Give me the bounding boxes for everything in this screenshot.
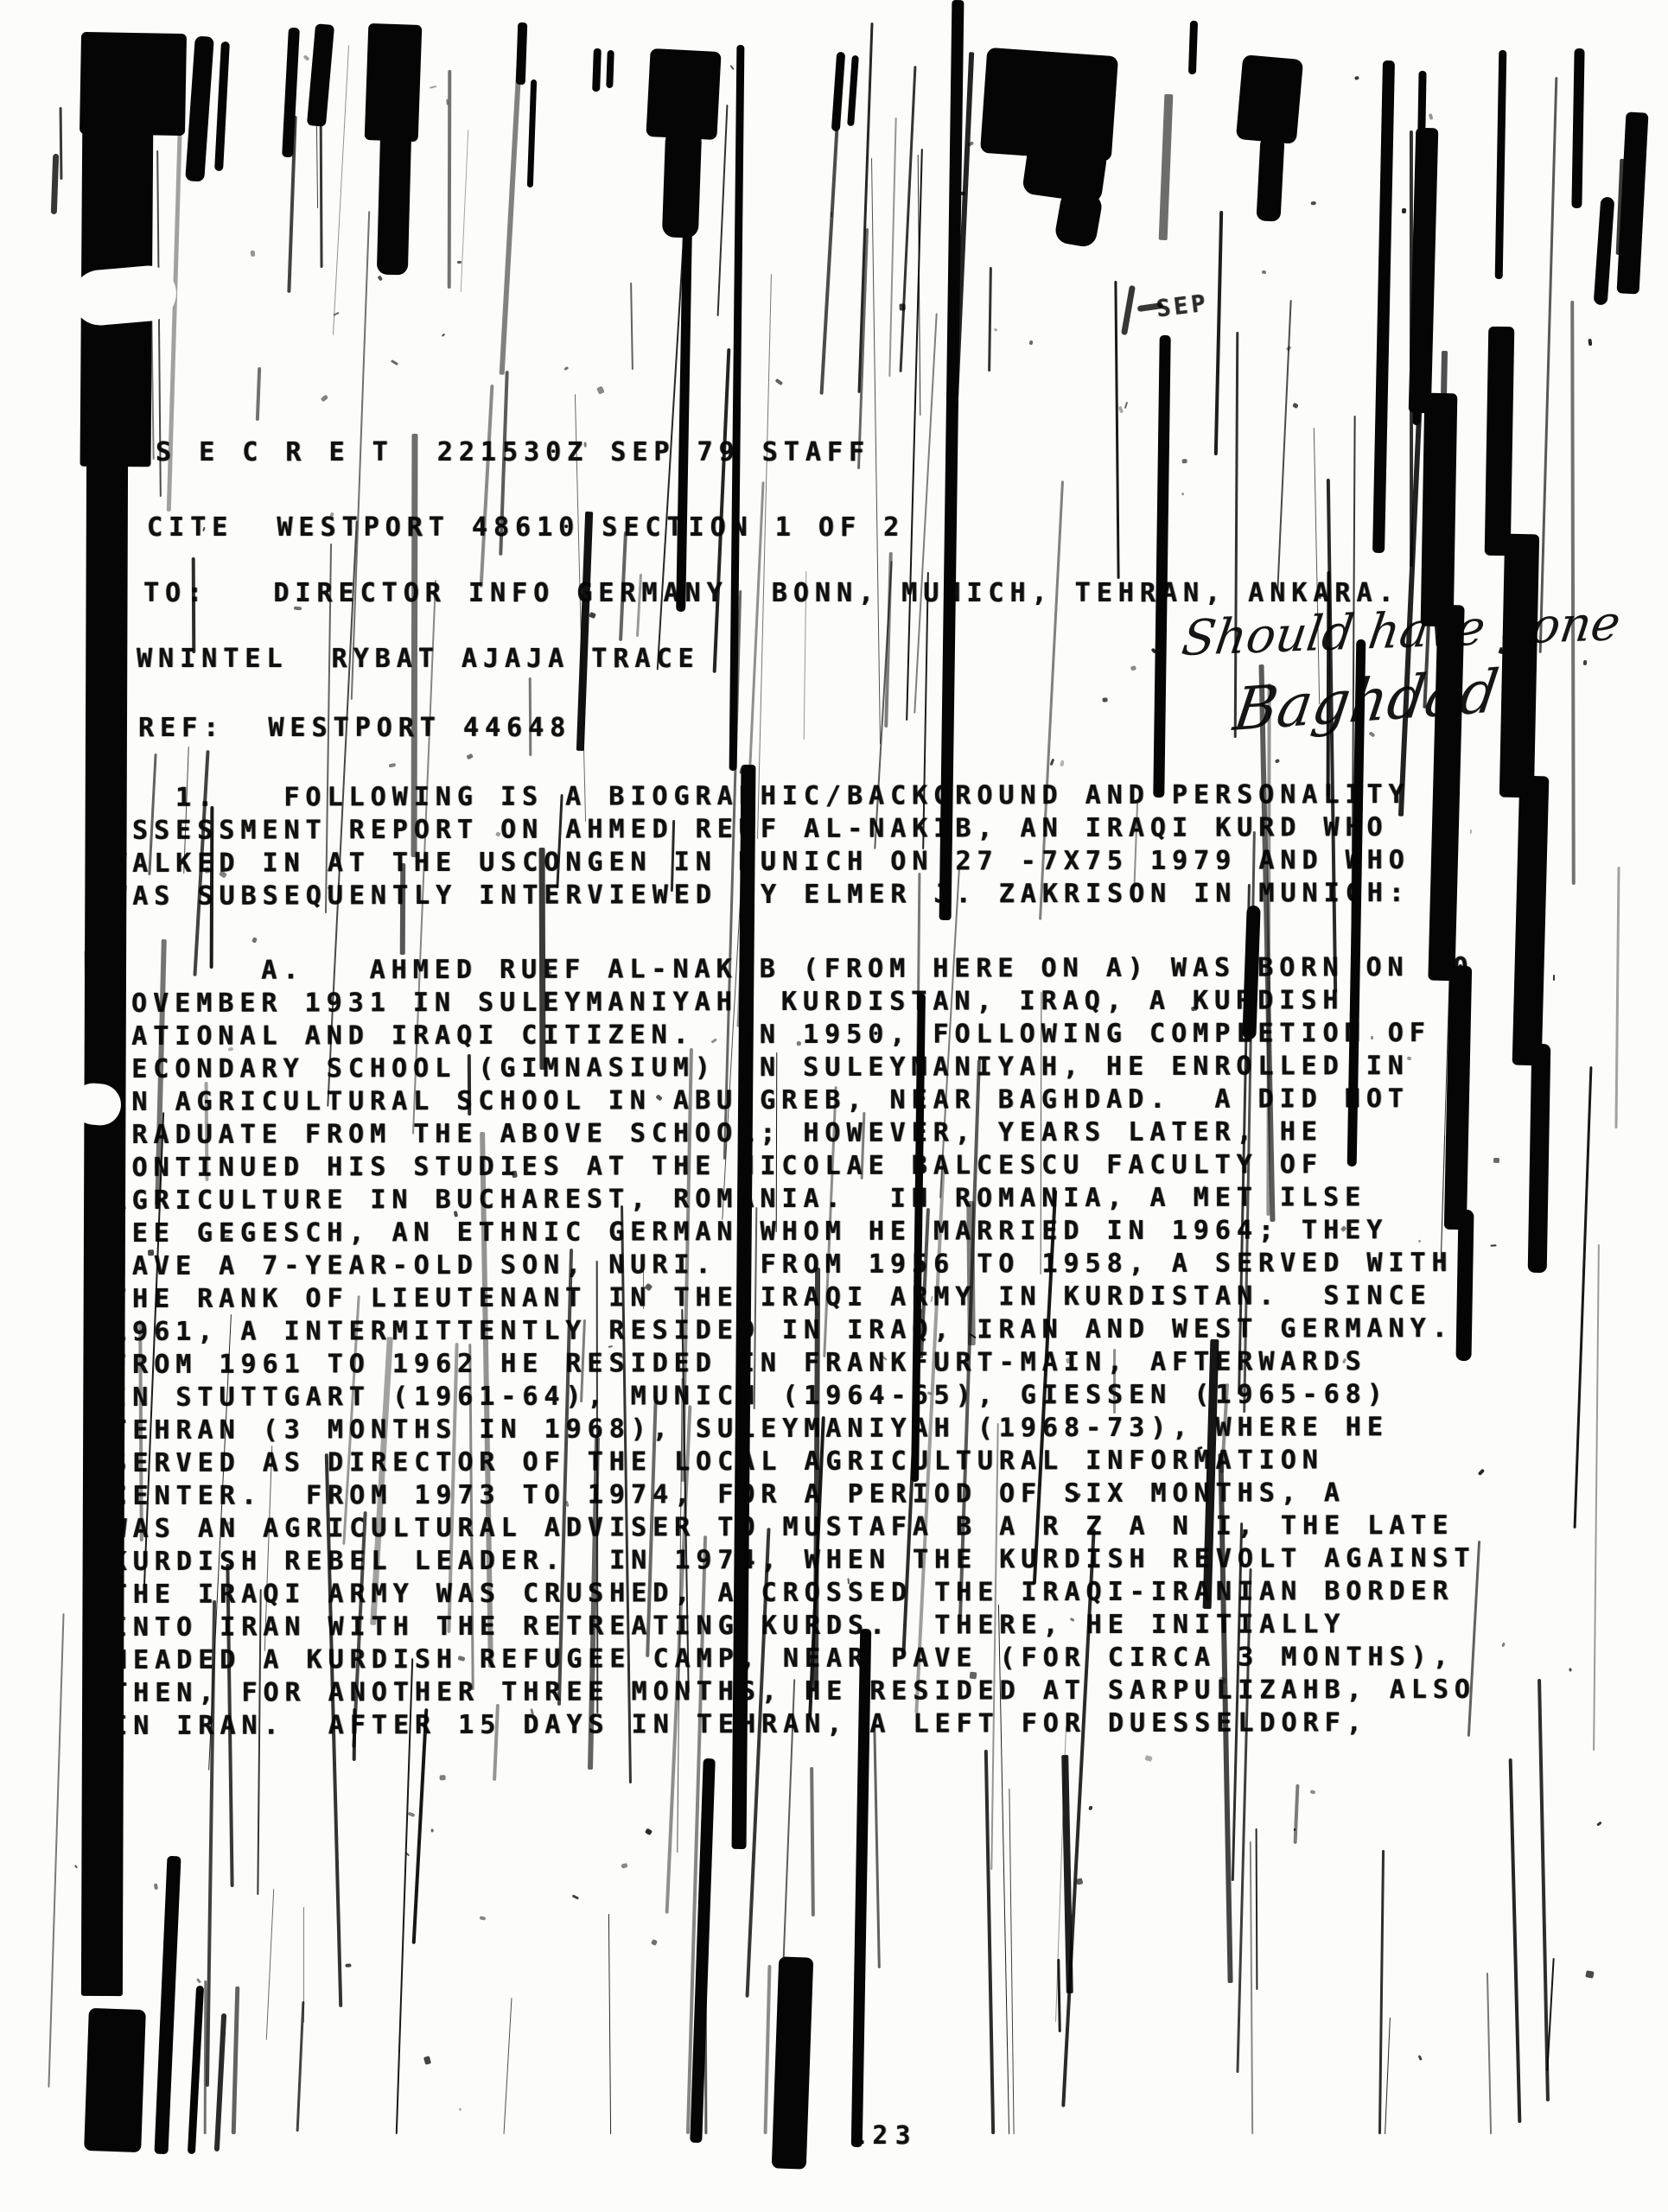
text-line: 1. FOLLOWING IS A BIOGRAPHIC/BACKGROUND … [111,779,1410,815]
scan-artifact [1428,113,1433,120]
scan-artifact [1157,490,1164,498]
scan-artifact [1569,1668,1571,1671]
scan-artifact [776,1679,795,2134]
scan-artifact [1478,1469,1485,1476]
scan-artifact [871,158,881,744]
scan-artifact [572,1894,579,1899]
scan-artifact [1412,71,1426,425]
scan-artifact [365,23,423,142]
scan-artifact [74,1865,78,1868]
scan-artifact [51,154,59,214]
scan-artifact [196,1978,201,1984]
scan-artifact [315,54,317,208]
scan-artifact [606,50,614,88]
scan-artifact [1398,358,1425,817]
scan-artifact [345,1964,351,1967]
scan-artifact [960,192,965,196]
scan-artifact [592,48,602,92]
scan-artifact [1050,758,1055,765]
scan-artifact [1153,335,1170,798]
scan-artifact [1088,136,1094,142]
text-line: WAS SUBSEQUENTLY INTERVIEWED BY ELMER J.… [111,877,1410,913]
scan-artifact [729,45,745,771]
scan-artifact [389,763,396,768]
scan-artifact [251,251,256,257]
scan-artifact [1421,393,1458,627]
scan-artifact [80,32,187,136]
scan-artifact [48,1613,65,2087]
scan-artifact [266,1889,275,2040]
scan-artifact [516,22,528,85]
scan-artifact [85,1135,105,1361]
scan-artifact [114,613,118,785]
scan-artifact [1594,197,1615,306]
scan-artifact [596,385,605,394]
paragraph-1: 1. FOLLOWING IS A BIOGRAPHIC/BACKGROUND … [111,779,1410,913]
text-line: IN STUTTGART (1961-64), MUNICH (1964-65)… [111,1378,1475,1414]
scan-artifact [1570,301,1576,885]
scan-artifact [1055,1726,1066,2022]
scan-artifact [831,212,832,217]
scan-artifact [1118,406,1124,414]
scan-artifact [888,118,896,377]
scan-artifact [984,1750,995,2134]
text-line: IN IRAN. AFTER 15 DAYS IN TEHRAN, A LEFT… [111,1707,1476,1743]
scan-artifact [716,105,728,316]
text-line: INTO IRAN WITH THE RETREATING KURDS. THE… [111,1608,1476,1644]
scan-artifact [907,149,924,721]
scan-artifact [140,156,153,450]
scan-artifact [1294,1828,1296,1832]
scan-artifact [1060,760,1064,766]
scan-artifact [645,1827,653,1835]
scan-artifact [736,481,764,1027]
text-line: THE RANK OF LIEUTENANT IN THE IRAQI ARMY… [111,1280,1475,1316]
scan-artifact [772,1956,814,2169]
scan-artifact [405,1853,410,1857]
scan-artifact [1188,21,1198,74]
scan-artifact [1009,1789,1015,2134]
scan-artifact [676,232,692,612]
scan-artifact [1181,493,1184,495]
scan-artifact [1571,48,1584,208]
scan-artifact [1499,534,1539,798]
scan-artifact [1593,1244,1600,1751]
scan-artifact [1378,1850,1385,2134]
text-line: FROM 1961 TO 1962 HE RESIDED IN FRANKFUR… [111,1345,1475,1382]
scan-artifact [1553,975,1555,981]
scan-artifact [1597,1821,1602,1827]
text-line: CENTER. FROM 1973 TO 1974, FOR A PERIOD … [111,1477,1475,1513]
scan-artifact [1159,94,1174,240]
wnintel-line: WNINTEL RYBAT AJAJA TRACE [137,643,700,676]
scan-artifact [630,283,633,370]
scan-artifact [1182,459,1187,464]
scan-artifact [80,104,154,467]
scan-artifact [1528,1044,1551,1273]
text-line: NOVEMBER 1931 IN SULEYMANIYAH, KURDISTAN… [110,984,1474,1020]
scan-artifact [333,312,339,316]
scan-artifact [1440,351,1448,442]
scan-artifact [85,950,93,1342]
scan-artifact [858,22,874,393]
scan-artifact [966,141,973,147]
scan-artifact [1354,76,1359,80]
text-line: WAS AN AGRICULTURAL ADVISER TO MUSTAFA B… [111,1510,1476,1546]
scan-artifact [150,252,156,460]
text-line: TEHRAN (3 MONTHS IN 1968), SULEYMANIYAH … [111,1411,1475,1447]
ref-line: REF: WESTPORT 44648 [138,712,571,745]
scan-artifact [1490,1245,1496,1247]
scan-artifact [130,182,132,186]
scan-artifact [288,116,298,293]
scan-artifact [457,261,462,264]
scan-artifact [1255,1828,1257,1990]
scan-artifact [1501,1642,1506,1647]
scan-artifact [1054,188,1104,248]
scan-artifact [1277,300,1292,590]
scan-artifact [214,41,230,171]
scan-artifact [154,1856,181,2154]
scan-artifact [1509,1758,1522,2123]
text-line: ASSESSMENT REPORT ON AHMED REUF AL-NAKIB… [111,811,1410,848]
scan-artifact [1022,140,1108,204]
scan-artifact [1150,648,1156,654]
text-line: A. AHMED RUEF AL-NAKIB (FROM HERE ON A) … [110,951,1474,988]
scan-artifact [446,99,449,105]
scan-artifact [1029,340,1034,345]
scan-artifact [203,1980,207,2134]
scan-artifact [1546,1958,1554,2071]
scan-artifact [576,512,592,751]
scan-artifact [307,23,334,126]
scan-artifact [699,1983,704,1988]
scan-artifact [1144,1755,1152,1762]
cite-line: CITE WESTPORT 48610 SECTION 1 OF 2 [147,512,905,544]
text-line: THEN, FOR ANOTHER THREE MONTHS, HE RESID… [111,1674,1476,1710]
scan-artifact [1486,1973,1491,2134]
scan-artifact [154,1884,158,1890]
scan-artifact [1309,1789,1315,1794]
scan-artifact [914,314,937,714]
scan-artifact [1077,1878,1084,1885]
scan-artifact [1214,211,1223,455]
scan-artifact [857,228,869,469]
text-line: NEE GEGESCH, AN ETHNIC GERMAN WHOM HE MA… [111,1214,1475,1250]
scan-artifact [1617,111,1649,294]
scan-artifact [459,2108,462,2111]
scan-artifact [1470,829,1473,834]
scan-artifact [430,85,436,88]
scan-artifact [232,1986,240,2134]
scan-artifact [188,1986,204,2154]
scan-artifact [431,1829,434,1833]
scan-artifact [690,1758,716,2143]
scan-artifact [333,45,349,335]
scan-artifact [1121,285,1136,335]
scan-artifact [945,52,973,555]
paragraph-a: A. AHMED RUEF AL-NAKIB (FROM HERE ON A) … [110,951,1476,1743]
scan-artifact [775,378,783,385]
scan-artifact [378,275,383,281]
scan-artifact [730,65,735,70]
scan-artifact [1493,1158,1499,1163]
scan-artifact [1061,1755,1073,1993]
scan-artifact [466,753,474,760]
scan-artifact [1485,327,1515,556]
scan-artifact [169,1944,175,1950]
scanned-document-page: SEP S E C R E T 221530Z SEP 79 STAFF CIT… [0,0,1668,2212]
text-line: AN AGRICULTURAL SCHOOL IN ABU-GREB, NEAR… [110,1083,1474,1119]
page-number: 123 [850,2119,918,2152]
scan-artifact [1286,346,1292,352]
text-line: KURDISH REBEL LEADER. IN 1974, WHEN THE … [111,1542,1476,1579]
scan-artifact [608,1914,611,2134]
scan-artifact [439,1776,445,1781]
scan-artifact [296,2001,304,2132]
scan-artifact [1275,759,1280,764]
scan-artifact [810,1767,815,1916]
text-line: GRADUATE FROM THE ABOVE SCHOOL; HOWEVER,… [110,1116,1474,1152]
date-stamp: SEP [1155,287,1211,326]
scan-artifact [377,130,411,276]
scan-artifact [1495,50,1507,279]
scan-artifact [1583,660,1587,666]
text-line: SERVED AS DIRECTOR OF THE LOCAL AGRICULT… [111,1444,1475,1480]
scan-artifact [1539,77,1558,653]
scan-artifact [899,66,916,372]
scan-artifact [1372,60,1395,553]
scan-artifact [1585,1970,1594,1978]
text-line: SECONDARY SCHOOL (GIMNASIUM) IN SULEYMAN… [110,1050,1474,1086]
scan-artifact [1616,159,1629,255]
scan-artifact [1088,1806,1092,1811]
scan-artifact [408,1812,416,1818]
scan-artifact [1256,136,1284,221]
scan-artifact [1250,1841,1253,2134]
scan-artifact [847,55,859,126]
text-line: AGRICULTURE IN BUCHAREST, ROMANIA. IN RO… [111,1181,1475,1217]
scan-artifact [1102,697,1108,702]
scan-artifact [757,274,772,839]
scan-artifact [1512,776,1550,1066]
scan-artifact [1418,2055,1423,2061]
classification-line: S E C R E T 221530Z SEP 79 STAFF [156,436,870,469]
scan-artifact [303,54,310,61]
scan-artifact [589,612,595,619]
scan-artifact [1311,201,1316,205]
scan-artifact [1114,281,1119,579]
scan-artifact [251,937,258,943]
scan-artifact [764,1965,772,2134]
scan-artifact [918,155,921,416]
scan-artifact [819,83,841,394]
scan-artifact [214,2013,226,2152]
scan-artifact [1234,332,1238,738]
scan-artifact [873,1719,880,1968]
scan-artifact [1236,54,1303,144]
scan-artifact [988,267,992,372]
scan-artifact [1588,339,1593,346]
scan-artifact [1130,665,1136,671]
scan-artifact [84,2008,146,2152]
scan-artifact [479,1916,486,1920]
to-line: TO: DIRECTOR INFO GERMANY, BONN, MUNICH,… [143,577,1400,610]
scan-artifact [739,767,746,774]
scan-artifact [1538,1679,1550,2101]
scan-artifact [460,130,468,292]
scan-artifact [1574,1067,1593,1529]
scan-artifact [646,48,721,140]
scan-artifact [527,79,537,188]
scan-artifact [1124,402,1129,409]
scan-artifact [621,1863,628,1869]
scan-artifact [1385,2018,1391,2134]
scan-artifact [1293,1784,1299,1844]
text-line: CONTINUED HIS STUDIES AT THE NICOLAE BAL… [110,1148,1474,1185]
scan-artifact [564,366,569,371]
text-line: NATIONAL AND IRAQI CITIZEN. IN 1950, FOL… [110,1017,1474,1053]
scan-artifact [480,385,494,588]
scan-artifact [831,52,845,131]
handwritten-annotation-line2: Baghdad [1230,658,1503,745]
scan-artifact [900,303,906,311]
scan-artifact [447,70,451,289]
scan-artifact [442,333,445,336]
scan-artifact [391,359,398,365]
scan-artifact [1058,1959,1062,2032]
text-line: THE IRAQI ARMY WAS CRUSHED, A CROSSED TH… [111,1575,1476,1611]
scan-artifact [321,395,328,403]
scan-artifact [70,264,178,327]
scan-artifact [303,1907,304,2023]
scan-artifact [423,2056,431,2065]
scan-artifact [1614,867,1620,1128]
scan-artifact [412,1708,429,1944]
scan-artifact [1262,270,1267,275]
scan-artifact [994,328,998,333]
text-line: WALKED IN AT THE USCONGEN IN MUNICH ON 2… [111,844,1410,880]
scan-artifact [1426,161,1430,601]
scan-artifact [1402,208,1407,213]
scan-artifact [319,81,322,268]
scan-artifact [185,35,214,181]
text-line: HAVE A 7-YEAR-OLD SON, NURI. FROM 1956 T… [111,1247,1475,1283]
scan-artifact [1410,130,1413,567]
text-line: HEADED A KURDISH REFUGEE CAMP, NEAR PAVE… [111,1641,1476,1677]
scan-artifact [662,129,702,238]
scan-artifact [256,367,261,422]
scan-artifact [980,48,1118,162]
scan-artifact [1292,403,1299,409]
scan-artifact [704,1953,707,2134]
scan-artifact [651,1939,658,1946]
scan-artifact [282,28,300,157]
text-line: 1961, A INTERMITTENTLY RESIDED IN IRAQ, … [111,1313,1475,1349]
scan-artifact [499,53,522,375]
scan-artifact [60,107,63,180]
scan-artifact [1409,128,1439,414]
scan-artifact [503,1998,512,2134]
